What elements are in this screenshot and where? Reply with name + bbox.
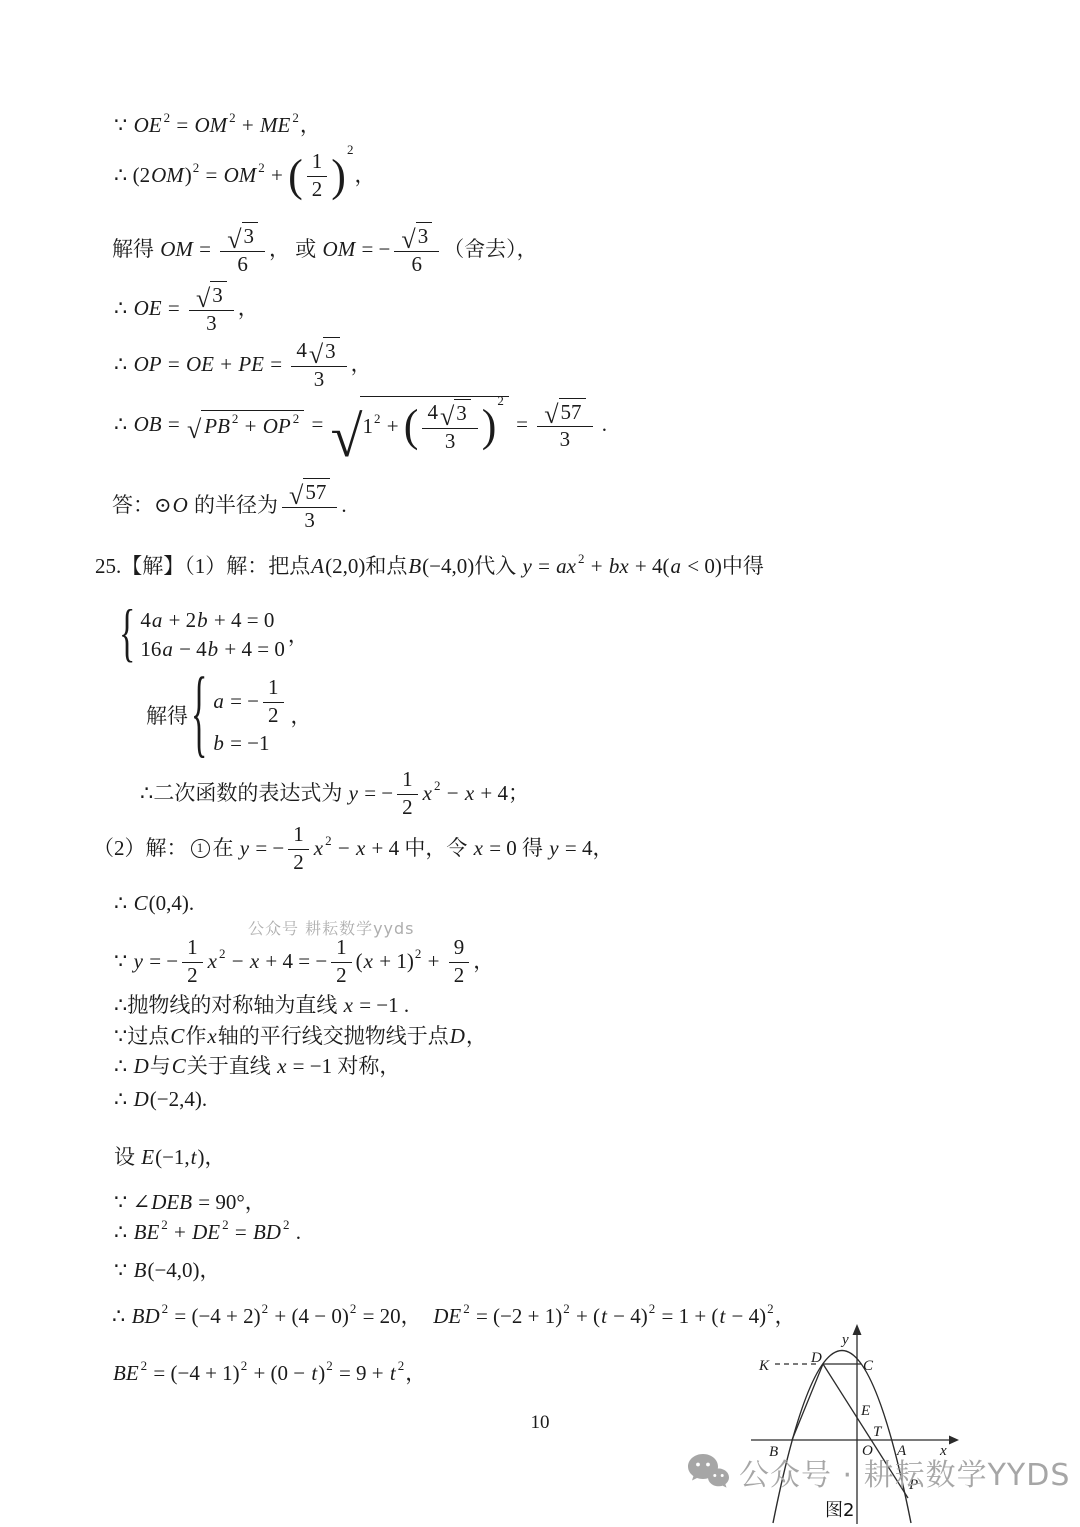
math-token: = bbox=[200, 162, 222, 188]
math-token: D bbox=[134, 1053, 149, 1079]
math-token: 1 bbox=[187, 936, 198, 960]
math-token: D bbox=[134, 1086, 149, 1112]
math-token: ∵ ∠ bbox=[114, 1189, 150, 1215]
math-token: x bbox=[364, 948, 373, 974]
math-token: 3 bbox=[325, 340, 336, 364]
math-token: 3 bbox=[445, 430, 456, 454]
math-token: 2 bbox=[347, 142, 354, 158]
math-token: 2 bbox=[222, 1217, 229, 1233]
math-token: ， bbox=[238, 295, 259, 321]
footer-brand-bar: 公众号 · 耕耘数学YYDS bbox=[686, 1450, 1070, 1494]
math-token: 2 bbox=[161, 1217, 168, 1233]
math-token: 2 bbox=[415, 946, 422, 962]
math-token: 12 bbox=[397, 768, 418, 819]
math-token: = (−4 + 1) bbox=[148, 1360, 240, 1386]
math-token: √ bbox=[289, 486, 303, 507]
math-token: √3 bbox=[440, 399, 471, 426]
math-token: 3 bbox=[440, 429, 461, 454]
math-token: √3 bbox=[401, 222, 432, 249]
math-line-6: ∴ OB = √PB2 + OP2 = √12 + (4√33)2 = √573… bbox=[114, 396, 607, 453]
math-token: = bbox=[306, 411, 328, 437]
math-token: + 4； bbox=[475, 780, 529, 806]
math-token: √573 bbox=[537, 398, 592, 452]
math-token: = bbox=[533, 553, 555, 579]
math-token: + bbox=[237, 112, 259, 138]
math-line-4: ∴ OE = √33， bbox=[114, 281, 259, 335]
math-token: 2 bbox=[258, 160, 265, 176]
math-line-11: ∴二次函数的表达式为 y = −12x2 − x + 4； bbox=[140, 768, 529, 819]
math-token: 25.【解】（1）解：把点 bbox=[95, 553, 310, 579]
math-token: x bbox=[207, 1023, 216, 1049]
math-token: 3 bbox=[309, 367, 330, 392]
math-token: ∴ bbox=[114, 1086, 133, 1112]
math-token: (2,0) bbox=[325, 553, 365, 579]
figure-2-canvas: y x K D C E T B O A P bbox=[745, 1318, 980, 1527]
math-token: 3 bbox=[560, 428, 571, 452]
math-token: 4a + 2b + 4 = 016a − 4b + 4 = 0 bbox=[140, 607, 285, 663]
x-axis-arrow bbox=[949, 1436, 959, 1445]
math-token: x bbox=[314, 835, 323, 861]
math-token: 6 bbox=[412, 253, 423, 277]
math-token: y bbox=[349, 780, 358, 806]
math-token: t bbox=[601, 1303, 607, 1329]
chord-bd bbox=[792, 1364, 823, 1440]
math-line-5: ∴ OP = OE + PE = 4√33， bbox=[114, 337, 372, 391]
math-token: + 4 = 0 bbox=[209, 607, 275, 633]
math-token: 设 bbox=[114, 1144, 140, 1170]
math-token: a = −12b = −1 bbox=[212, 676, 287, 756]
math-token: 4 bbox=[296, 339, 307, 363]
math-token: 2 bbox=[374, 411, 381, 427]
math-token: + bbox=[381, 413, 403, 439]
math-token: 6 bbox=[232, 252, 253, 277]
math-token: PE bbox=[238, 351, 264, 377]
math-token: 3 bbox=[416, 222, 433, 249]
math-token: 3 bbox=[242, 222, 259, 249]
math-token: OM bbox=[224, 162, 257, 188]
math-token: 4√33 bbox=[291, 337, 346, 391]
math-token: a bbox=[671, 553, 682, 579]
math-token: = bbox=[194, 236, 216, 262]
math-token: √ bbox=[187, 420, 201, 441]
math-token: √3 bbox=[189, 281, 234, 311]
math-token: b bbox=[213, 730, 224, 756]
math-line-23: ∴ BD2 = (−4 + 2)2 + (4 − 0)2 = 20， DE2 =… bbox=[112, 1303, 796, 1329]
math-token: 解得 bbox=[146, 703, 188, 729]
math-token: 2 bbox=[331, 963, 352, 988]
math-token: ， bbox=[354, 162, 375, 188]
math-token: = bbox=[511, 411, 533, 437]
math-token: 92 bbox=[449, 936, 470, 987]
math-token: OM bbox=[323, 236, 356, 262]
math-token: ) bbox=[331, 155, 346, 197]
math-token: √ bbox=[227, 230, 241, 251]
math-token: √3 bbox=[220, 222, 265, 252]
math-token: 的半径为 bbox=[189, 492, 278, 518]
math-token: √ bbox=[331, 416, 363, 458]
math-line-9: {4a + 2b + 4 = 016a − 4b + 4 = 0， bbox=[116, 607, 309, 663]
math-token: = bbox=[163, 295, 185, 321]
math-token: OP bbox=[263, 413, 291, 439]
math-line-24: BE2 = (−4 + 1)2 + (0 − t)2 = 9 + t2， bbox=[112, 1360, 426, 1386]
math-token: ∴ (2 bbox=[114, 162, 150, 188]
math-token: 2 bbox=[563, 1301, 570, 1317]
math-token: 2 bbox=[288, 850, 309, 875]
math-token: x bbox=[423, 780, 432, 806]
math-token: 3 bbox=[201, 311, 222, 336]
math-token: √ bbox=[196, 289, 210, 310]
math-token: √57 bbox=[289, 478, 330, 505]
math-token: 4√3 bbox=[291, 337, 346, 367]
math-token: + 4( bbox=[630, 553, 670, 579]
math-token: = − bbox=[144, 948, 178, 974]
math-token: OE bbox=[186, 351, 214, 377]
math-token: 1 bbox=[307, 150, 328, 177]
math-token: . bbox=[341, 492, 346, 518]
math-token: √33 bbox=[189, 281, 234, 335]
math-token: + 1) bbox=[374, 948, 414, 974]
math-token: 4a + 2b + 4 = 0 bbox=[140, 607, 285, 633]
math-token: 2 bbox=[162, 1301, 169, 1317]
math-token: 1 bbox=[288, 823, 309, 850]
math-token: ， bbox=[288, 622, 309, 648]
math-token: ∵ bbox=[114, 1257, 133, 1283]
math-token: 1 bbox=[182, 936, 203, 963]
math-token: . bbox=[597, 411, 608, 437]
math-token: = (−2 + 1) bbox=[471, 1303, 563, 1329]
math-token: 2 bbox=[164, 110, 171, 126]
math-token: A bbox=[311, 553, 324, 579]
math-token: − bbox=[333, 835, 355, 861]
math-token: + bbox=[169, 1219, 191, 1245]
math-token: 3 bbox=[456, 402, 467, 426]
math-token: 4 bbox=[140, 607, 151, 633]
wechat-icon bbox=[686, 1452, 730, 1492]
math-token: 2 bbox=[193, 160, 200, 176]
math-token: a bbox=[162, 636, 173, 662]
math-token: 12 bbox=[288, 823, 309, 874]
math-token: + (0 − bbox=[248, 1360, 310, 1386]
math-token: 6 bbox=[237, 253, 248, 277]
label-y: y bbox=[840, 1332, 849, 1348]
math-token: 2 bbox=[263, 703, 284, 728]
math-token: 1 bbox=[362, 413, 373, 439]
math-token: OM bbox=[160, 236, 193, 262]
math-token: 2 bbox=[578, 551, 585, 567]
math-token: ( bbox=[288, 155, 303, 197]
math-token: + 4 = − bbox=[260, 948, 327, 974]
math-token: (−4,0)， bbox=[147, 1257, 220, 1283]
math-token: + bbox=[215, 351, 237, 377]
math-token: √36 bbox=[394, 222, 439, 276]
math-token: 2 bbox=[454, 964, 465, 988]
math-token: 1 bbox=[191, 839, 210, 858]
math-token: ， bbox=[473, 948, 494, 974]
label-D: D bbox=[810, 1350, 822, 1366]
math-token: = bbox=[171, 112, 193, 138]
math-token: ∴ bbox=[112, 1303, 131, 1329]
math-token: √3 bbox=[394, 222, 439, 252]
math-token: 2 bbox=[497, 393, 504, 409]
math-token: 57 bbox=[561, 401, 582, 425]
math-token: 1 bbox=[331, 936, 352, 963]
math-token: + bbox=[586, 553, 608, 579]
math-token: 解得 bbox=[112, 236, 159, 262]
math-token: ∴ bbox=[114, 351, 133, 377]
math-token: 1 bbox=[397, 768, 418, 795]
math-token: b bbox=[197, 607, 208, 633]
math-token: 作 bbox=[185, 1023, 206, 1049]
math-token: t bbox=[390, 1360, 396, 1386]
math-token: (−2,4). bbox=[150, 1086, 207, 1112]
math-token: 3 bbox=[244, 225, 255, 249]
math-token: OM bbox=[151, 162, 184, 188]
math-token: √57 bbox=[282, 478, 337, 508]
math-token: ， 或 bbox=[269, 236, 322, 262]
math-token: b bbox=[208, 636, 219, 662]
math-line-7: 答：⊙O 的半径为√573. bbox=[112, 478, 347, 532]
math-token: ∴二次函数的表达式为 bbox=[140, 780, 348, 806]
math-token: 2 bbox=[397, 795, 418, 820]
math-token: 2 bbox=[434, 778, 441, 794]
math-token: x bbox=[208, 948, 217, 974]
math-token: a = −12 bbox=[212, 676, 287, 727]
math-token: 2 bbox=[268, 704, 279, 728]
math-token: = 90°， bbox=[193, 1189, 266, 1215]
math-token: = 0 得 bbox=[484, 835, 548, 861]
math-token: √57 bbox=[537, 398, 592, 428]
math-token: y bbox=[523, 553, 532, 579]
math-token: 2 bbox=[283, 1217, 290, 1233]
math-token: + (4 − 0) bbox=[269, 1303, 349, 1329]
math-token: 12 bbox=[331, 936, 352, 987]
math-token: 3 bbox=[314, 368, 325, 392]
figure-caption: 图2 bbox=[825, 1496, 854, 1522]
math-token: √573 bbox=[282, 478, 337, 532]
math-token: t bbox=[191, 1144, 197, 1170]
math-token: = 9 + bbox=[334, 1360, 389, 1386]
math-token: D bbox=[450, 1023, 465, 1049]
math-token: 16a − 4b + 4 = 0 bbox=[140, 636, 285, 662]
math-token: 57 bbox=[559, 398, 586, 425]
math-token: ME bbox=[260, 112, 290, 138]
math-token: x bbox=[356, 835, 365, 861]
math-token: ∴ bbox=[114, 890, 133, 916]
math-token: 代入 bbox=[474, 553, 521, 579]
math-token: 3 bbox=[206, 312, 217, 336]
label-K: K bbox=[758, 1358, 770, 1374]
math-token: 6 bbox=[407, 252, 428, 277]
math-token: （2）解： bbox=[93, 835, 188, 861]
math-token: √36 bbox=[220, 222, 265, 276]
math-token: 1 bbox=[293, 823, 304, 847]
math-token: 2 bbox=[293, 411, 300, 427]
math-token: 2 bbox=[449, 963, 470, 988]
math-token: = 20， bbox=[357, 1303, 432, 1329]
math-token: = 1 + ( bbox=[656, 1303, 718, 1329]
math-token: 3 bbox=[323, 337, 340, 364]
math-token: 2 bbox=[767, 1301, 774, 1317]
math-token: ∴ bbox=[114, 295, 133, 321]
math-token: . bbox=[290, 1219, 301, 1245]
label-T: T bbox=[873, 1424, 883, 1440]
math-token: √3 bbox=[196, 281, 227, 308]
math-token: ∵过点 bbox=[114, 1023, 169, 1049]
math-token: 12 bbox=[182, 936, 203, 987]
math-token: C bbox=[172, 1053, 186, 1079]
math-token: ， bbox=[291, 703, 312, 729]
math-token: 2 bbox=[325, 833, 332, 849]
math-token: ax bbox=[556, 553, 576, 579]
math-token: 与 bbox=[150, 1053, 171, 1079]
math-token: 1 bbox=[402, 768, 413, 792]
math-token: − 4 bbox=[174, 636, 207, 662]
math-token: 关于直线 bbox=[187, 1053, 276, 1079]
math-line-15: ∴抛物线的对称轴为直线 x = −1 . bbox=[114, 992, 409, 1018]
math-token: = (−4 + 2) bbox=[169, 1303, 261, 1329]
math-token: = − bbox=[250, 835, 284, 861]
math-token: 2 bbox=[262, 1301, 269, 1317]
math-token: x bbox=[344, 992, 353, 1018]
math-token: 2 bbox=[402, 796, 413, 820]
math-token: OE bbox=[134, 295, 162, 321]
math-token: x bbox=[277, 1053, 286, 1079]
math-token: < 0)中得 bbox=[682, 553, 764, 579]
math-line-8: 25.【解】（1）解：把点A(2,0)和点B(−4,0)代入 y = ax2 +… bbox=[95, 553, 764, 579]
math-token: OB bbox=[134, 411, 162, 437]
math-token: ∴ bbox=[114, 411, 133, 437]
math-token: BE bbox=[113, 1360, 139, 1386]
math-token: = bbox=[163, 351, 185, 377]
math-token: 在 bbox=[213, 835, 239, 861]
math-token: 3 bbox=[299, 508, 320, 533]
math-token: ∴ bbox=[114, 1219, 133, 1245]
math-token: + ( bbox=[571, 1303, 600, 1329]
math-line-1: ∵ OE2 = OM2 + ME2， bbox=[114, 112, 321, 138]
math-token: ∴ bbox=[114, 1053, 133, 1079]
math-token: = −1 . bbox=[354, 992, 409, 1018]
math-line-10: 解得{a = −12b = −1， bbox=[146, 676, 312, 756]
math-token: a bbox=[152, 607, 163, 633]
math-line-14: ∵ y = −12x2 − x + 4 = −12(x + 1)2 + 92， bbox=[114, 936, 494, 987]
math-token: 2 bbox=[292, 110, 299, 126]
math-token: ∴抛物线的对称轴为直线 bbox=[114, 992, 343, 1018]
math-token: E bbox=[141, 1144, 154, 1170]
math-token: ( bbox=[404, 405, 419, 447]
math-token: {a = −12b = −1 bbox=[191, 676, 288, 756]
math-token: PB2 + OP2 bbox=[201, 410, 304, 439]
math-token: = bbox=[163, 411, 185, 437]
math-token: + 2 bbox=[163, 607, 196, 633]
math-token: ∵ bbox=[114, 948, 133, 974]
math-token: √3 bbox=[227, 222, 258, 249]
math-token: 2 bbox=[182, 963, 203, 988]
math-token: ， bbox=[351, 351, 372, 377]
math-line-2: ∴ (2OM)2 = OM2 + (12)2， bbox=[114, 150, 375, 201]
math-token: √ bbox=[440, 407, 454, 428]
math-line-20: ∵ ∠DEB = 90°， bbox=[114, 1189, 266, 1215]
math-token: 4√3 bbox=[422, 399, 477, 429]
math-token: )， bbox=[198, 1144, 226, 1170]
math-token: OP bbox=[134, 351, 162, 377]
math-token: = − bbox=[225, 688, 259, 714]
math-token: 12 bbox=[307, 150, 328, 201]
math-token: PB bbox=[204, 413, 230, 439]
math-token: b = −1 bbox=[212, 730, 287, 756]
math-token: 2 bbox=[350, 1301, 357, 1317]
math-token: + 4 中，令 bbox=[366, 835, 472, 861]
math-token: 16 bbox=[140, 636, 161, 662]
math-line-17: ∴ D与C关于直线 x = −1 对称， bbox=[114, 1053, 400, 1079]
math-token: 答：⊙ bbox=[112, 492, 172, 518]
math-token: 1 bbox=[336, 936, 347, 960]
math-token: + bbox=[422, 948, 444, 974]
math-token: 4√33 bbox=[422, 399, 477, 453]
math-token: ) bbox=[185, 162, 192, 188]
math-token: { bbox=[119, 602, 135, 667]
math-token: ) bbox=[318, 1360, 325, 1386]
math-token: = bbox=[265, 351, 287, 377]
math-token: 9 bbox=[454, 936, 465, 960]
math-token: √ bbox=[544, 405, 558, 426]
math-token: OE bbox=[134, 112, 162, 138]
math-token: x bbox=[465, 780, 474, 806]
math-token: 3 bbox=[555, 427, 576, 452]
math-token: 1 bbox=[263, 676, 284, 703]
math-token: 2 bbox=[293, 851, 304, 875]
footer-brand-text: 公众号 · 耕耘数学YYDS bbox=[739, 1450, 1070, 1494]
math-token: √3 bbox=[309, 337, 340, 364]
math-token: y bbox=[240, 835, 249, 861]
math-token: BE bbox=[134, 1219, 160, 1245]
math-token: （舍去）， bbox=[443, 236, 538, 262]
math-token: ， bbox=[466, 1023, 487, 1049]
math-token: DE bbox=[433, 1303, 461, 1329]
math-token: y bbox=[549, 835, 558, 861]
math-token: 2 bbox=[336, 964, 347, 988]
math-token: ∵ bbox=[114, 112, 133, 138]
math-line-18: ∴ D(−2,4). bbox=[114, 1086, 207, 1112]
math-token: √ bbox=[309, 345, 323, 366]
math-token: 2 bbox=[141, 1358, 148, 1374]
math-token: √PB2 + OP2 bbox=[187, 410, 304, 439]
math-token: ) bbox=[482, 405, 497, 447]
math-token: 3 bbox=[304, 509, 315, 533]
document-page: ∵ OE2 = OM2 + ME2， ∴ (2OM)2 = OM2 + (12)… bbox=[0, 0, 1080, 1527]
math-token: 2 bbox=[307, 177, 328, 202]
math-token: √57 bbox=[544, 398, 585, 425]
math-token: 2 bbox=[232, 411, 239, 427]
math-token: 2 bbox=[312, 178, 323, 202]
math-token: (−4,0) bbox=[422, 553, 474, 579]
math-token: DEB bbox=[151, 1189, 192, 1215]
math-token: 3 bbox=[212, 284, 223, 308]
math-token: = − bbox=[359, 780, 393, 806]
math-token: 9 bbox=[449, 936, 470, 963]
math-token: 3 bbox=[210, 281, 227, 308]
inline-watermark: 公众号 耕耘数学yyds bbox=[248, 916, 415, 939]
math-token: 4 bbox=[427, 401, 438, 425]
math-token: 和点 bbox=[365, 553, 407, 579]
math-token: 12 bbox=[263, 676, 284, 727]
math-token: = −1 对称， bbox=[287, 1053, 400, 1079]
math-token: − bbox=[226, 948, 248, 974]
math-line-13: ∴ C(0,4). bbox=[114, 890, 194, 916]
math-token: (0,4). bbox=[149, 890, 195, 916]
math-token: OM bbox=[194, 112, 227, 138]
math-token: ( bbox=[356, 948, 363, 974]
math-token: O bbox=[173, 492, 188, 518]
